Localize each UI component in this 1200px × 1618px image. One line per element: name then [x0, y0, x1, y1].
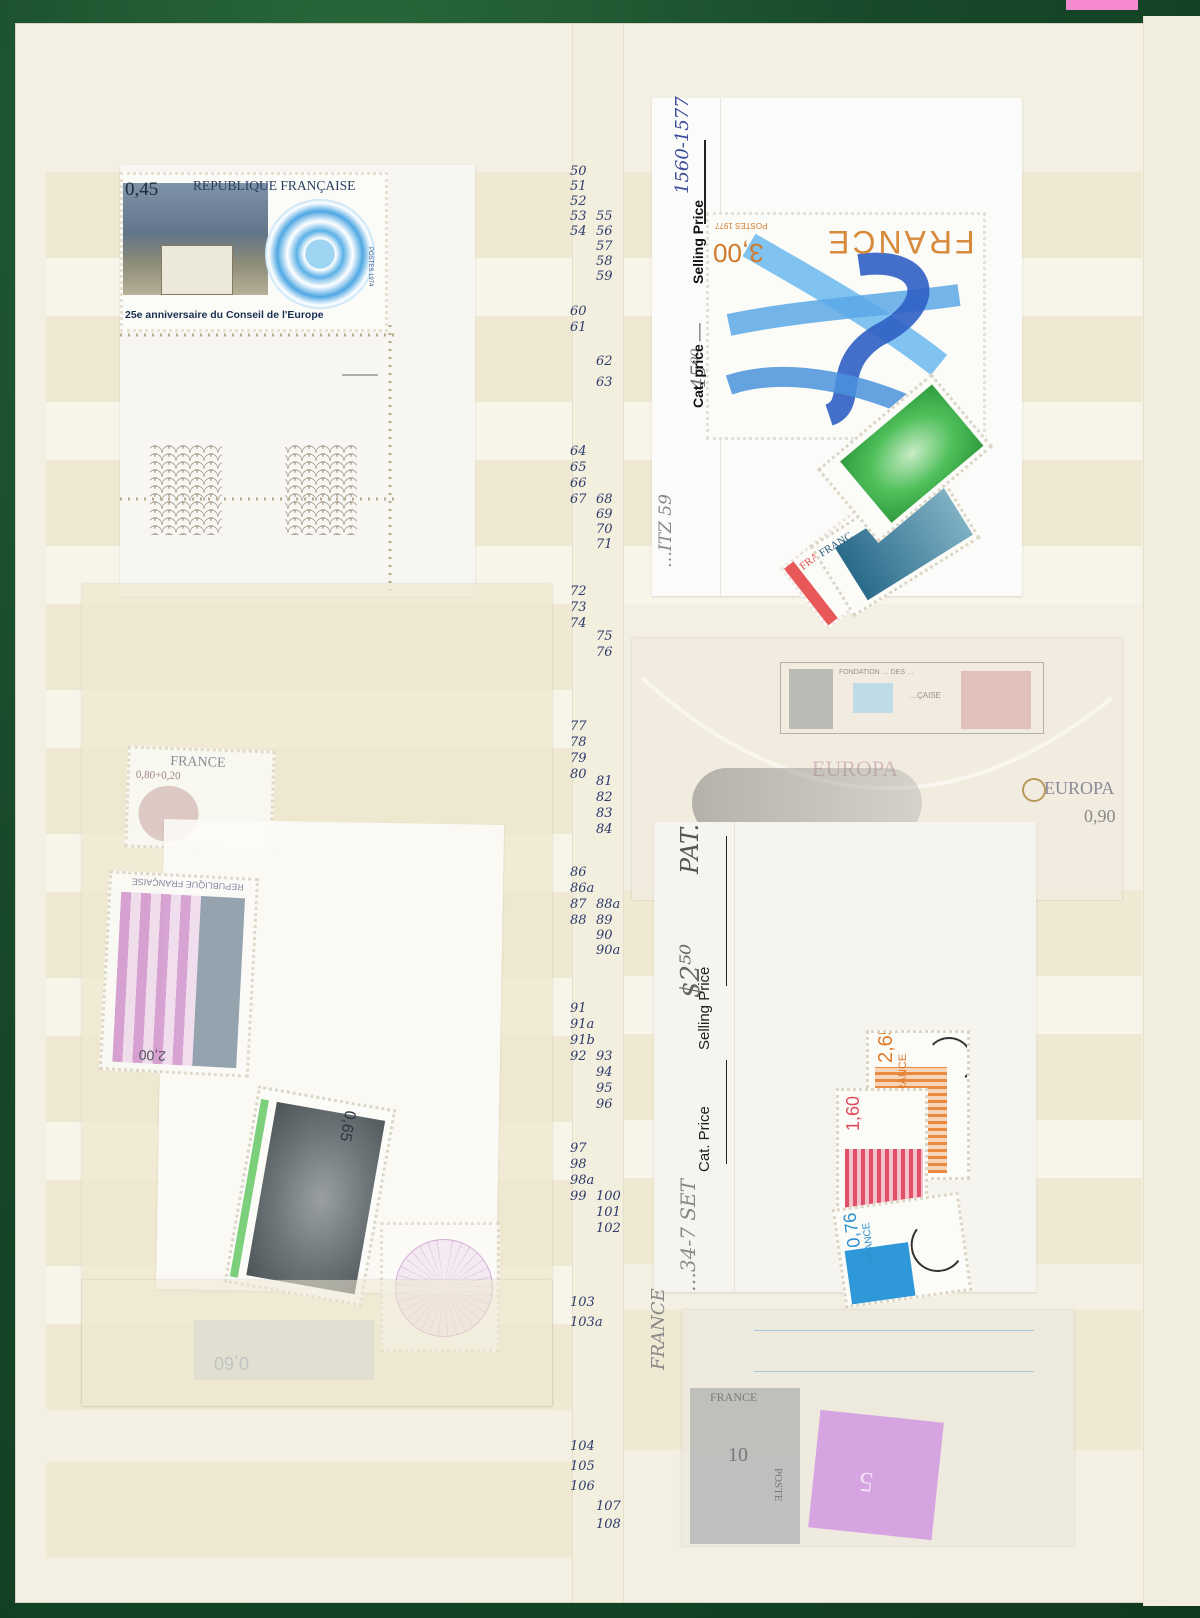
cat-price-line — [726, 1060, 727, 1164]
stamp-value: 2,00 — [138, 1047, 166, 1064]
glassine-note: FRANCE — [648, 1288, 669, 1370]
gutter-number: 65 — [570, 461, 587, 474]
blue-rosette — [265, 199, 375, 309]
stamp-fondation: FONDATION … DES … …ÇAISE — [780, 662, 1044, 734]
set-note: …34-7 SET — [676, 1179, 700, 1292]
gutter-number: 101 — [596, 1206, 621, 1219]
gutter-number: 70 — [596, 523, 613, 536]
gutter-number: 104 — [570, 1440, 595, 1453]
gutter-number: 54 — [570, 225, 587, 238]
stamp-arc-5-violet: 5 — [808, 1410, 944, 1540]
gutter-number: 62 — [596, 355, 613, 368]
stamp-country: REPUBLIQUE FRANÇAISE — [132, 876, 244, 892]
castle-blue — [845, 1242, 916, 1304]
gutter-number: 91b — [570, 1034, 595, 1047]
gutter-number: 82 — [596, 791, 613, 804]
stamp-label: POSTE — [772, 1468, 784, 1502]
stained-glass-image — [112, 892, 201, 1066]
gutter-number: 103a — [570, 1316, 603, 1329]
gutter-number: 105 — [570, 1460, 595, 1473]
preobliteration-arc — [907, 1214, 968, 1275]
gutter-number: 64 — [570, 445, 587, 458]
europa-title: EUROPA — [1044, 778, 1114, 799]
gutter-number: 88 — [570, 914, 587, 927]
gutter-number: 102 — [596, 1222, 621, 1235]
gutter-number: 99 — [570, 1190, 587, 1203]
gutter-number: 92 — [570, 1050, 587, 1063]
gutter-number: 91 — [570, 1002, 587, 1015]
initials-note: PAT. — [676, 824, 704, 874]
stamp-country: FRANCE — [170, 754, 226, 772]
blue-triangle — [853, 683, 893, 713]
europa-emblem-icon — [1022, 778, 1046, 802]
selling-price-line — [726, 836, 727, 986]
stamp-value: 10 — [728, 1444, 748, 1467]
gutter-number: 95 — [596, 1082, 613, 1095]
gutter-number: 86 — [570, 866, 587, 879]
card-note: …ITZ 59 — [656, 494, 676, 568]
side-engraving — [192, 896, 245, 1068]
gutter-number: 52 — [570, 195, 587, 208]
stamp-caption: 25e anniversaire du Conseil de l'Europe — [125, 309, 324, 321]
gutter-number: 76 — [596, 646, 613, 659]
gutter-number: 103 — [570, 1296, 595, 1309]
gutter-number: 59 — [596, 270, 613, 283]
stamp-text: FONDATION … DES … — [839, 669, 914, 676]
gutter-number: 51 — [570, 180, 587, 193]
grey-block — [789, 669, 833, 729]
stamp-value: 3,00 — [713, 237, 764, 268]
gutter-number: 106 — [570, 1480, 595, 1493]
gutter-number: 55 — [596, 210, 613, 223]
gutter-number: 98a — [570, 1174, 594, 1187]
gutter-number: 108 — [596, 1518, 621, 1531]
next-page-edge — [1143, 16, 1200, 1606]
gutter-number: 53 — [570, 210, 587, 223]
gutter-number: 60 — [570, 305, 587, 318]
red-block — [961, 671, 1031, 729]
gutter-number: 94 — [596, 1066, 613, 1079]
gutter-number: 61 — [570, 321, 587, 334]
gutter-number: 57 — [596, 240, 613, 253]
gutter-number: 72 — [570, 585, 587, 598]
gutter-number: 90a — [596, 944, 620, 957]
gutter-number: 71 — [596, 538, 613, 551]
stamp-arc-10: FRANCE 10 POSTE — [690, 1388, 800, 1544]
gutter-number: 73 — [570, 601, 587, 614]
gutter-number: 97 — [570, 1142, 587, 1155]
gutter-number: 98 — [570, 1158, 587, 1171]
gutter-number: 50 — [570, 165, 587, 178]
stamp-imprint: POSTES 1977 — [715, 221, 767, 230]
gutter-number: 68 — [596, 493, 613, 506]
cat-price-label: Cat. price — [690, 344, 706, 408]
europa-value: 0,90 — [1084, 806, 1116, 827]
stamp-country: FRANCE — [825, 223, 975, 260]
gutter-number: 81 — [596, 775, 613, 788]
gutter-number: 66 — [570, 477, 587, 490]
stamp-republique-200: REPUBLIQUE FRANÇAISE 2,00 — [99, 870, 259, 1078]
gutter-number: 86a — [570, 882, 594, 895]
gutter-number: 96 — [596, 1098, 613, 1111]
gutter-number: 107 — [596, 1500, 621, 1513]
council-building — [161, 245, 233, 295]
gutter-number: 88a — [596, 898, 620, 911]
gutter-number: 90 — [596, 929, 613, 942]
stamp-value: 0,45 — [125, 179, 158, 201]
gutter-number: 77 — [570, 720, 587, 733]
cat-price-label: Cat. Price — [696, 1106, 713, 1172]
stamp-conseil-europe: 0,45 REPUBLIQUE FRANÇAISE POSTES 1974 25… — [120, 172, 388, 332]
glassine-envelope-bottom: FRANCE 10 POSTE 5 FRANCE — [682, 1310, 1074, 1546]
stamp-angers-076: 0,76 FRANCE — [832, 1192, 973, 1309]
gutter-number: 79 — [570, 752, 587, 765]
stamp-value: 5 — [858, 1464, 875, 1497]
stamp-value: 1,60 — [843, 1096, 864, 1131]
gutter-number: 91a — [570, 1018, 594, 1031]
gutter-number: 83 — [596, 807, 613, 820]
gutter-number: 75 — [596, 630, 613, 643]
stamp-imprint: POSTES 1974 — [367, 247, 373, 286]
armadillo-engraving — [246, 1102, 385, 1294]
gutter-number: 87 — [570, 898, 587, 911]
catalog-range-note: 1560-1577 — [672, 96, 693, 194]
gutter-number: 89 — [596, 914, 613, 927]
stamp-value: 0,80+0,20 — [136, 769, 181, 783]
stamp-country: REPUBLIQUE FRANÇAISE — [193, 178, 355, 194]
gutter-number: 80 — [570, 768, 587, 781]
gutter-number: 58 — [596, 255, 613, 268]
card-fold — [734, 822, 735, 1292]
gutter-number: 63 — [596, 376, 613, 389]
ruled-lines — [754, 1330, 1034, 1372]
strip-row — [46, 1462, 572, 1558]
gutter-number: 100 — [596, 1190, 621, 1203]
preobliteration-arc — [925, 1037, 970, 1085]
stamp-text: …ÇAISE — [909, 691, 941, 700]
pink-index-tab — [1066, 0, 1138, 10]
gutter-number: 67 — [570, 493, 587, 506]
gutter-number: 56 — [596, 225, 613, 238]
selling-price-label: Selling Price — [696, 967, 713, 1050]
gutter-number: 78 — [570, 736, 587, 749]
gutter-number: 93 — [596, 1050, 613, 1063]
gutter-number: 69 — [596, 508, 613, 521]
gutter-number: 84 — [596, 823, 613, 836]
glassine-pocket-overlay — [82, 1280, 552, 1406]
stamp-country: FRANCE — [710, 1390, 757, 1405]
gutter-number: 74 — [570, 617, 587, 630]
stamp-value: 2,65 — [875, 1030, 898, 1063]
